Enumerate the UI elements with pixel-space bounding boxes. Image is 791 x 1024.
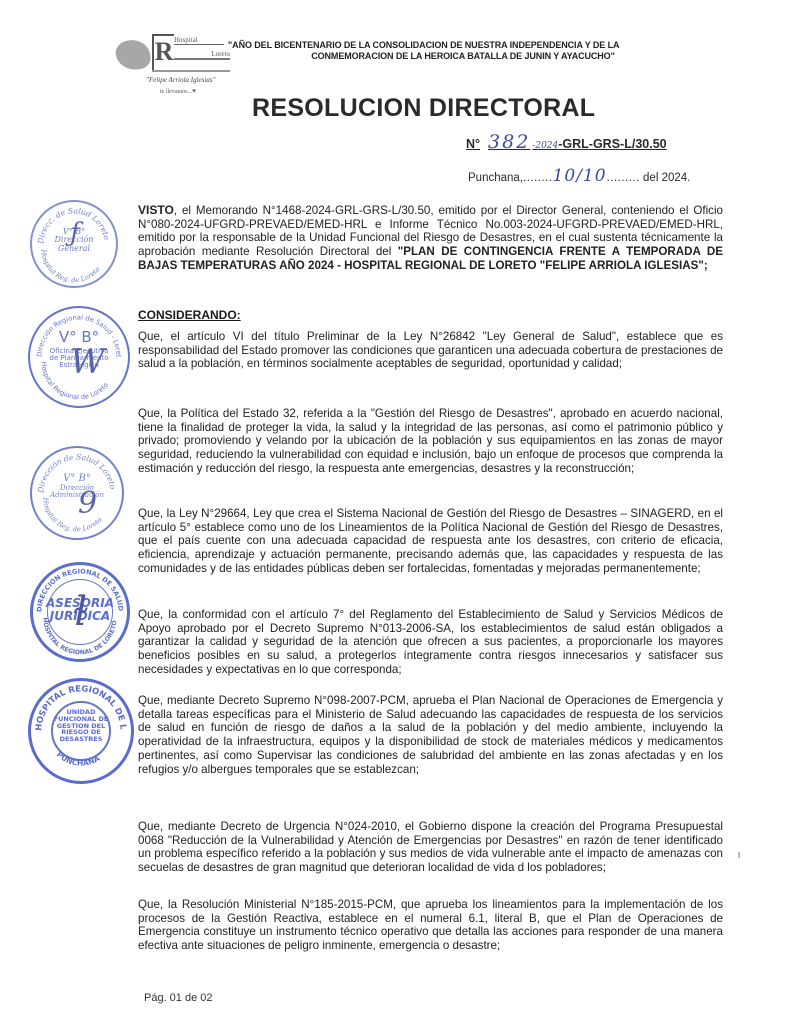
stamp-administracion-icon: Dirección de Salud Loreto Hospital Reg. … bbox=[30, 446, 124, 540]
paragraph-text: Que, la Ley N°29664, Ley que crea el Sis… bbox=[138, 507, 723, 576]
loreto-map-icon bbox=[114, 38, 152, 72]
considerando-paragraph-1: Que, el artículo VI del título Prelimina… bbox=[138, 330, 723, 371]
stamp-center-text: UNIDAD FUNCIONAL DE GESTION DEL RIESGO D… bbox=[31, 709, 131, 743]
handwritten-date: 10/10 bbox=[553, 166, 607, 186]
signature-mark: 9 bbox=[78, 486, 97, 521]
svg-text:PUNCHANA: PUNCHANA bbox=[55, 750, 101, 768]
stamp-direccion-general-icon: Direcc. de Salud Loreto Hospital Reg. de… bbox=[30, 200, 118, 288]
considerando-paragraph-2: Que, la Política del Estado 32, referida… bbox=[138, 407, 723, 476]
svg-text:Hospital Reg. de Loreto: Hospital Reg. de Loreto bbox=[39, 248, 101, 284]
signature-mark: ɫ bbox=[73, 589, 88, 635]
motto-line-1: "AÑO DEL BICENTENARIO DE LA CONSOLIDACIO… bbox=[228, 40, 698, 51]
hospital-logo: R Hospital Loreto "Felipe Arriola Iglesi… bbox=[112, 34, 230, 96]
considerando-paragraph-6: Que, mediante Decreto de Urgencia N°024-… bbox=[138, 820, 723, 875]
handwritten-number: 382 bbox=[488, 131, 530, 153]
document-title: RESOLUCION DIRECTORAL bbox=[252, 94, 595, 123]
stamp-line: V° B° bbox=[32, 474, 122, 485]
scan-artifact bbox=[738, 852, 740, 858]
stamp-center-text: V° B° Dirección Administración bbox=[32, 474, 122, 499]
date-dots-before: ........ bbox=[523, 172, 553, 184]
paragraph-text: Que, la Resolución Ministerial N°185-201… bbox=[138, 898, 723, 953]
stamp-line: DESASTRES bbox=[31, 736, 131, 743]
date-line: Punchana,........10/10......... del 2024… bbox=[468, 166, 690, 186]
page-number: Pág. 01 de 02 bbox=[144, 992, 213, 1004]
signature-mark: W bbox=[70, 342, 105, 382]
visto-label: VISTO bbox=[138, 203, 174, 217]
logo-subtitle-text: te llevamos... bbox=[160, 89, 192, 95]
considerando-paragraph-5: Que, mediante Decreto Supremo N°098-2007… bbox=[138, 694, 723, 776]
logo-subtitle: te llevamos...♥ bbox=[160, 87, 196, 95]
considerando-paragraph-3: Que, la Ley N°29664, Ley que crea el Sis… bbox=[138, 507, 723, 576]
stamp-planeamiento-icon: Dirección Regional de Salud - Loreto Hos… bbox=[28, 306, 130, 408]
motto-line-2: CONMEMORACION DE LA HEROICA BATALLA DE J… bbox=[311, 51, 615, 61]
considerando-paragraph-4: Que, la conformidad con el artículo 7° d… bbox=[138, 608, 723, 677]
stamp-unidad-riesgo-icon: HOSPITAL REGIONAL DE LORETO PUNCHANA UNI… bbox=[28, 678, 134, 784]
number-prefix: N° bbox=[466, 137, 480, 151]
considerando-heading: CONSIDERANDO: bbox=[138, 308, 241, 322]
signature-mark: ƒ bbox=[70, 218, 80, 248]
year-motto: "AÑO DEL BICENTENARIO DE LA CONSOLIDACIO… bbox=[228, 40, 698, 62]
paragraph-text: Que, la conformidad con el artículo 7° d… bbox=[138, 608, 723, 677]
stamp-line: Administración bbox=[32, 492, 122, 499]
paragraph-text: Que, mediante Decreto de Urgencia N°024-… bbox=[138, 820, 723, 875]
resolution-number: N°382-2024-GRL-GRS-L/30.50 bbox=[466, 131, 667, 153]
date-dots-after: ......... bbox=[607, 172, 640, 184]
heart-icon: ♥ bbox=[192, 87, 196, 95]
date-year: del 2024. bbox=[640, 172, 691, 184]
logo-text-right: Loreto bbox=[174, 50, 230, 60]
logo-r-glyph-icon: R bbox=[152, 34, 174, 72]
visto-paragraph: VISTO, el Memorando N°1468-2024-GRL-GRS-… bbox=[138, 204, 723, 273]
stamp-asesoria-juridica-icon: DIRECCION REGIONAL DE SALUD HOSPITAL REG… bbox=[30, 562, 130, 662]
logo-divider bbox=[152, 70, 230, 72]
logo-hospital-name: "Felipe Arriola Iglesias" bbox=[146, 76, 216, 84]
paragraph-text: Que, la Política del Estado 32, referida… bbox=[138, 407, 723, 476]
considerando-paragraph-7: Que, la Resolución Ministerial N°185-201… bbox=[138, 898, 723, 953]
number-suffix: -GRL-GRS-L/30.50 bbox=[558, 137, 666, 151]
date-place: Punchana, bbox=[468, 172, 523, 184]
logo-text-top: Hospital bbox=[174, 36, 224, 45]
paragraph-text: Que, el artículo VI del título Prelimina… bbox=[138, 330, 723, 371]
paragraph-text: Que, mediante Decreto Supremo N°098-2007… bbox=[138, 694, 723, 776]
handwritten-year: -2024 bbox=[532, 141, 558, 151]
